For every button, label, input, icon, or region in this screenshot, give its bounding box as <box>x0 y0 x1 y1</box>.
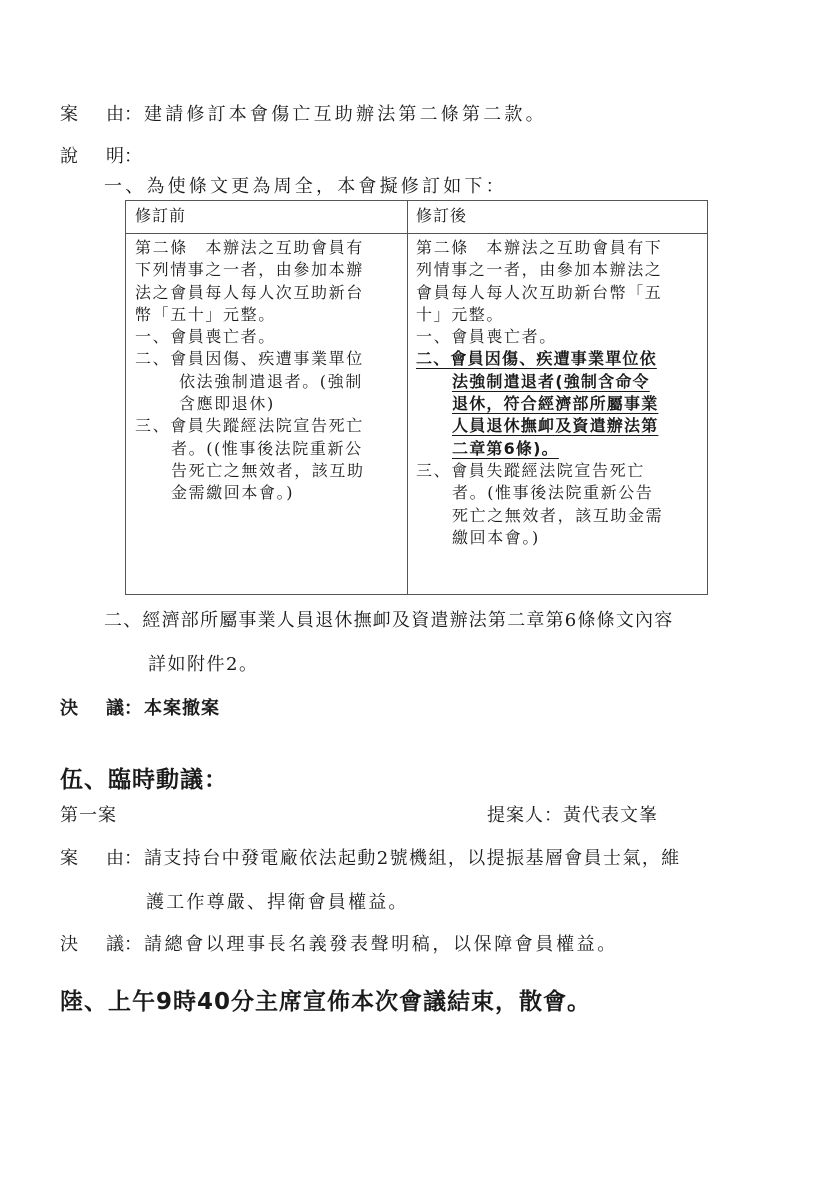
after-line: 十」元整。 <box>416 304 663 326</box>
amended-line: 退休，符合經濟部所屬事業 <box>452 394 658 413</box>
explanation-item-1: 一、為使條文更為周全，本會擬修訂如下： <box>104 175 507 199</box>
before-line: 者。((惟事後法院重新公 <box>135 438 365 460</box>
after-line: 一、會員喪亡者。 <box>416 326 663 348</box>
after-line: 三、會員失蹤經法院宣告死亡 <box>416 460 663 482</box>
section6-heading: 陸、上午9時40分主席宣佈本次會議結束，散會。 <box>60 983 591 1016</box>
motion-proposer: 提案人：黃代表文峯 <box>487 804 658 828</box>
reason-text: 建請修訂本會傷亡互助辦法第二條第二款。 <box>144 104 547 125</box>
after-line: 死亡之無效者，該互助金需 <box>416 505 663 527</box>
before-line: 二、會員因傷、疾遭事業單位 <box>135 348 365 370</box>
motion-reason-text: 請支持台中發電廠依法起動2號機組，以提振基層會員士氣，維 <box>144 848 681 869</box>
motion-reason-cont: 護工作尊嚴、捍衛會員權益。 <box>146 891 409 915</box>
before-cell: 第二條 本辦法之互助會員有 下列情事之一者，由參加本辦 法之會員每人每人次互助新… <box>135 237 365 505</box>
after-line: 繳回本會。) <box>416 527 663 549</box>
amended-line: 二、會員因傷、疾遭事業單位依 <box>416 349 657 368</box>
amended-line: 人員退休撫卹及資遣辦法第 <box>452 416 658 435</box>
amended-line: 二章第6條)。 <box>452 439 559 458</box>
table-column-divider <box>407 201 408 594</box>
explanation-label: 說明： <box>60 145 144 169</box>
motion-resolution-text: 請總會以理事長名義發表聲明稿，以保障會員權益。 <box>144 934 618 955</box>
header-before: 修訂前 <box>135 205 186 227</box>
before-line: 含應即退休) <box>135 393 365 415</box>
before-line: 法之會員每人每人次互助新台 <box>135 282 365 304</box>
motion-resolution-line: 決議：請總會以理事長名義發表聲明稿，以保障會員權益。 <box>60 933 618 957</box>
case1-resolution: 決議：本案撤案 <box>60 697 220 721</box>
after-cell: 第二條 本辦法之互助會員有下 列情事之一者，由參加本辦法之 會員每人每人次互助新… <box>416 237 663 549</box>
section5-heading: 伍、臨時動議： <box>60 761 228 794</box>
resolution-text: 本案撤案 <box>144 698 220 719</box>
before-line: 金需繳回本會。) <box>135 482 365 504</box>
before-line: 幣「五十」元整。 <box>135 304 365 326</box>
before-line: 一、會員喪亡者。 <box>135 326 365 348</box>
explanation-item-2-cont: 詳如附件2。 <box>148 653 258 677</box>
after-line: 列情事之一者，由參加本辦法之 <box>416 259 663 281</box>
amended-line: 法強制遣退者(強制含命令 <box>452 372 650 391</box>
case-reason-line: 案由：建請修訂本會傷亡互助辦法第二條第二款。 <box>60 103 547 127</box>
before-line: 下列情事之一者，由參加本辦 <box>135 259 365 281</box>
motion-reason-line: 案由：請支持台中發電廠依法起動2號機組，以提振基層會員士氣，維 <box>60 847 681 871</box>
revision-comparison-table: 修訂前 修訂後 第二條 本辦法之互助會員有 下列情事之一者，由參加本辦 法之會員… <box>125 200 708 595</box>
after-line: 者。(惟事後法院重新公告 <box>416 482 663 504</box>
before-line: 第二條 本辦法之互助會員有 <box>135 237 365 259</box>
reason-label: 案由： <box>60 103 144 127</box>
after-line: 會員每人每人次互助新台幣「五 <box>416 282 663 304</box>
explanation-item-2: 二、經濟部所屬事業人員退休撫卹及資遣辦法第二章第6條條文內容 <box>104 609 673 633</box>
motion-case-number: 第一案 <box>60 804 117 828</box>
header-after: 修訂後 <box>416 205 467 227</box>
table-header-divider <box>126 233 707 234</box>
before-line: 三、會員失蹤經法院宣告死亡 <box>135 415 365 437</box>
before-line: 依法強制遣退者。(強制 <box>135 371 365 393</box>
after-line: 第二條 本辦法之互助會員有下 <box>416 237 663 259</box>
before-line: 告死亡之無效者，該互助 <box>135 460 365 482</box>
